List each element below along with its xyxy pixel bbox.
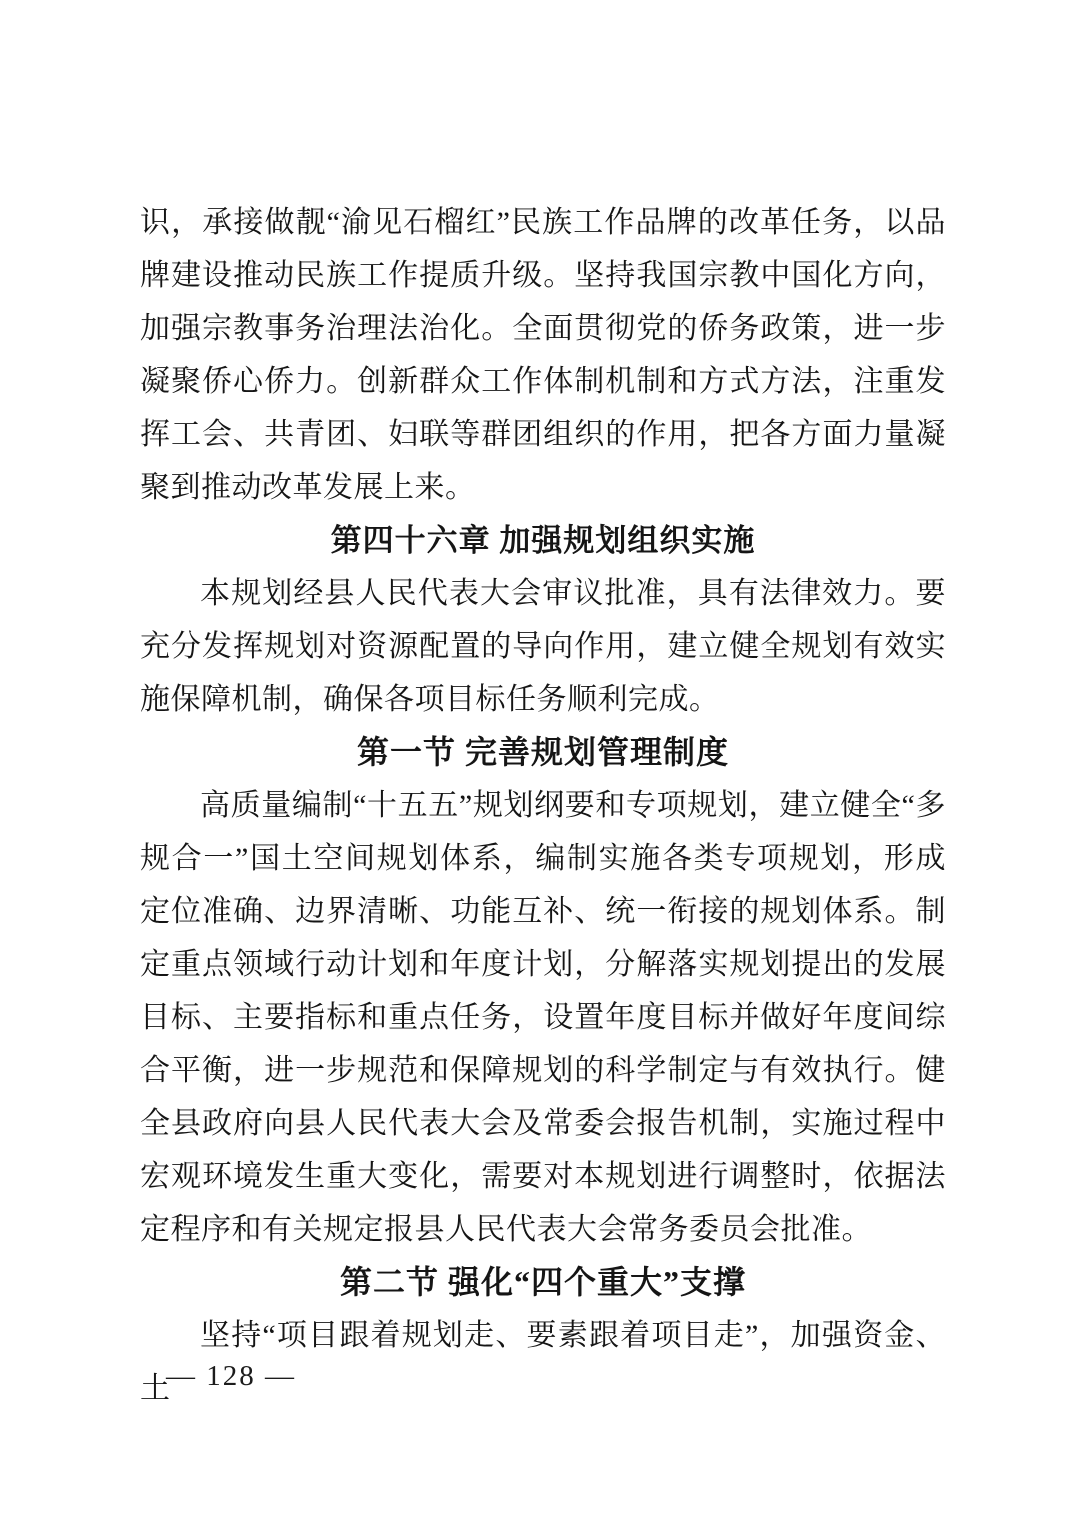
section-2-heading: 第二节 强化“四个重大”支撑: [140, 1256, 946, 1309]
paragraph: 高质量编制“十五五”规划纲要和专项规划，建立健全“多规合一”国土空间规划体系，编…: [140, 779, 946, 1256]
section-1-heading: 第一节 完善规划管理制度: [140, 726, 946, 779]
page-number: — 128 —: [166, 1356, 296, 1396]
chapter-heading: 第四十六章 加强规划组织实施: [140, 514, 946, 567]
paragraph: 本规划经县人民代表大会审议批准，具有法律效力。要充分发挥规划对资源配置的导向作用…: [140, 567, 946, 726]
paragraph-continuation: 识，承接做靓“渝见石榴红”民族工作品牌的改革任务，以品牌建设推动民族工作提质升级…: [140, 196, 946, 514]
document-page-body: 识，承接做靓“渝见石榴红”民族工作品牌的改革任务，以品牌建设推动民族工作提质升级…: [140, 196, 946, 1415]
